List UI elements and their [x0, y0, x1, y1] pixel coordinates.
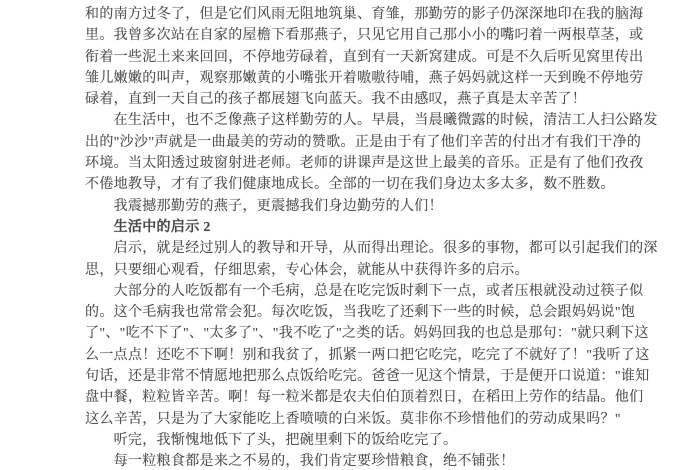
text-line: 衔着一些泥土来来回回，不停地劳碌着，直到有一天新窝建成。可是不久后听见窝里传出 — [85, 47, 617, 68]
text-line: 碌着，直到一天自己的孩子都展翅飞向蓝天。我不由感叹，燕子真是太辛苦了！ — [85, 89, 617, 110]
text-line: 和的南方过冬了，但是它们风雨无阻地筑巢、育雏，那勤劳的影子仍深深地印在我的脑海 — [85, 4, 617, 25]
text-line: 句话，还是非常不情愿地把那么点饭给吃完。爸爸一见这个情景，于是便开口说道："谁知 — [85, 366, 617, 387]
text-line: 大部分的人吃饭都有一个毛病，总是在吃完饭时剩下一点，或者压根就没动过筷子似 — [85, 281, 617, 302]
document-page: 和的南方过冬了，但是它们风雨无阻地筑巢、育雏，那勤劳的影子仍深深地印在我的脑海里… — [0, 0, 700, 470]
text-line: 我震撼那勤劳的燕子，更震撼我们身边勤劳的人们！ — [85, 196, 617, 217]
text-line: 么一点点！还吃不下啊！别和我贫了，抓紧一两口把它吃完，吃完了不就好了！"我听了这 — [85, 345, 617, 366]
text-line: 在生活中，也不乏像燕子这样勤劳的人。早晨，当晨曦微露的时候，清洁工人扫公路发 — [85, 110, 617, 131]
text-line: 出的"沙沙"声就是一曲最美的劳动的赞歌。正是由于有了他们辛苦的付出才有我们干净的 — [85, 132, 617, 153]
text-line: 环境。当太阳透过玻窗射进老师。老师的讲课声是这世上最美的音乐。正是有了他们孜孜 — [85, 153, 617, 174]
text-line: 这么辛苦，只是为了大家能吃上香喷喷的白米饭。莫非你不珍惜他们的劳动成果吗？" — [85, 409, 617, 430]
text-line: 的。这个毛病我也常常会犯。每次吃饭，当我吃了还剩下一些的时候，总会跟妈妈说"饱 — [85, 302, 617, 323]
section-heading: 生活中的启示 2 — [85, 217, 617, 238]
document-body: 和的南方过冬了，但是它们风雨无阻地筑巢、育雏，那勤劳的影子仍深深地印在我的脑海里… — [85, 4, 617, 470]
text-line: 盘中餐，粒粒皆辛苦。啊！每一粒米都是农夫伯伯顶着烈日，在稻田上劳作的结晶。他们 — [85, 387, 617, 408]
text-line: 了"、"吃不下了"、"太多了"、"我不吃了"之类的话。妈妈回我的也总是那句："就… — [85, 323, 617, 344]
text-line: 不倦地教导，才有了我们健康地成长。全部的一切在我们身边太多太多，数不胜数。 — [85, 174, 617, 195]
text-line: 每一粒粮食都是来之不易的，我们肯定要珍惜粮食，绝不铺张！ — [85, 451, 617, 470]
text-line: 启示，就是经过别人的教导和开导，从而得出理论。很多的事物，都可以引起我们的深 — [85, 238, 617, 259]
text-line: 雏儿嫩嫩的叫声，观察那嫩黄的小嘴张开着嗷嗷待哺，燕子妈妈就这样一天到晚不停地劳 — [85, 68, 617, 89]
text-line: 听完，我惭愧地低下了头，把碗里剩下的饭给吃完了。 — [85, 430, 617, 451]
text-line: 思，只要细心观看，仔细思索，专心体会，就能从中获得许多的启示。 — [85, 260, 617, 281]
text-line: 里。我曾多次站在自家的屋檐下看那燕子，只见它用自己那小小的嘴叼着一两根草茎，或 — [85, 25, 617, 46]
